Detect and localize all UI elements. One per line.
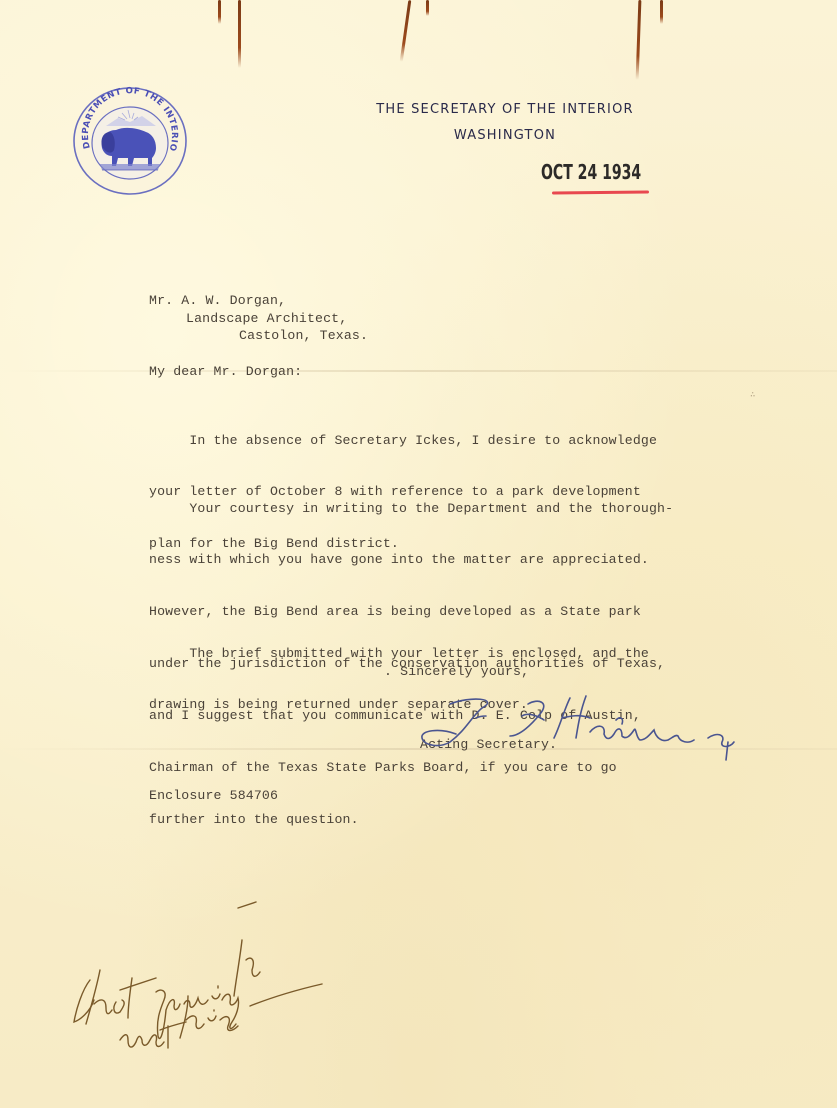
recipient-location: Castolon, Texas. bbox=[239, 327, 368, 344]
paper-fold bbox=[0, 370, 837, 372]
salutation: My dear Mr. Dorgan: bbox=[149, 363, 302, 380]
letterhead-title: THE SECRETARY OF THE INTERIOR bbox=[350, 102, 660, 117]
date-stamp: OCT 24 1934 bbox=[541, 160, 641, 184]
rust-stain bbox=[426, 0, 429, 16]
closing: . Sincerely yours, bbox=[384, 663, 529, 680]
handwritten-signature bbox=[410, 690, 760, 775]
recipient-name: Mr. A. W. Dorgan, bbox=[149, 292, 286, 309]
body-line: Your courtesy in writing to the Departme… bbox=[149, 500, 673, 517]
body-line: further into the question. bbox=[149, 811, 673, 828]
smudge-mark: ∴ bbox=[750, 390, 755, 400]
rust-stain bbox=[238, 0, 241, 68]
date-underline bbox=[552, 190, 649, 194]
department-seal: DEPARTMENT OF THE INTERIOR bbox=[72, 86, 188, 196]
body-line: In the absence of Secretary Ickes, I des… bbox=[149, 432, 657, 449]
body-line: ness with which you have gone into the m… bbox=[149, 551, 673, 568]
handwritten-note bbox=[60, 900, 340, 1070]
rust-stain bbox=[660, 0, 663, 24]
rust-stain bbox=[218, 0, 221, 24]
rust-stain bbox=[400, 0, 412, 62]
enclosure-line: Enclosure 584706 bbox=[149, 787, 278, 804]
rust-stain bbox=[636, 0, 642, 80]
body-line: The brief submitted with your letter is … bbox=[149, 645, 649, 662]
letterhead-city: WASHINGTON bbox=[350, 128, 660, 143]
recipient-title: Landscape Architect, bbox=[186, 310, 347, 327]
